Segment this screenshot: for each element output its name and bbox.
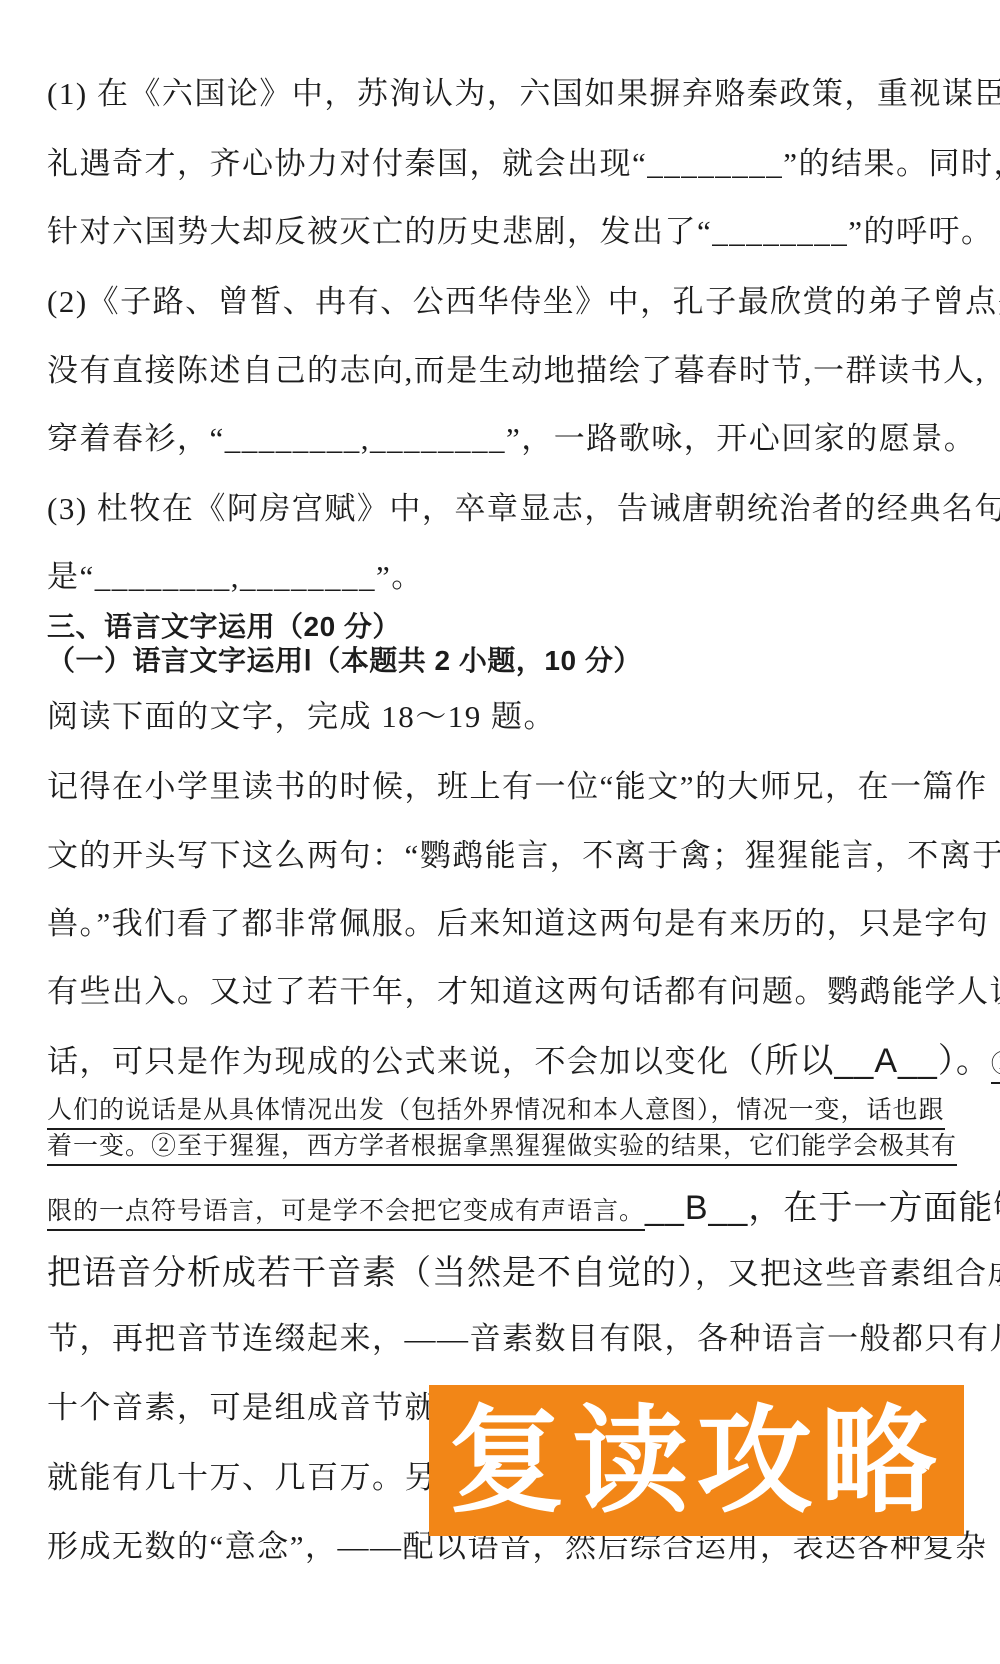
passage-line-8-tail: ，在于一方面能够 <box>748 1189 1000 1227</box>
passage-line-3: 兽。”我们看了都非常佩服。后来知道这两句是有来历的，只是字句 <box>47 898 959 943</box>
passage-line-9: 把语音分析成若干音素（当然是不自觉的），又把这些音素组合成音 <box>47 1245 959 1294</box>
question-2-line-1: (2)《子路、曾皙、冉有、公西华侍坐》中，孔子最欣赏的弟子曾点并 <box>47 276 959 321</box>
question-3-line-2: 是“________,________”。 <box>47 551 959 596</box>
promo-banner: 复读攻略 <box>429 1385 964 1536</box>
passage-instruction: 阅读下面的文字，完成 18～19 题。 <box>47 691 959 736</box>
question-3-line-1: (3) 杜牧在《阿房宫赋》中，卒章显志，告诫唐朝统治者的经典名句 <box>47 483 959 528</box>
blank-B: __B__ <box>645 1189 748 1227</box>
passage-line-6: 人们的说话是从具体情况出发（包括外界情况和本人意图），情况一变，话也跟 <box>47 1090 959 1126</box>
question-1-line-1: (1) 在《六国论》中，苏洵认为，六国如果摒弃赂秦政策，重视谋臣， <box>47 68 959 113</box>
passage-line-7: 着一变。②至于猩猩，西方学者根据拿黑猩猩做实验的结果，它们能学会极其有 <box>47 1126 959 1162</box>
passage-line-4: 有些出入。又过了若干年，才知道这两句话都有问题。鹦鹉能学人说 <box>47 966 959 1011</box>
question-2-line-3: 穿着春衫，“________,________”，一路歌咏，开心回家的愿景。 <box>47 413 959 458</box>
question-2-line-2: 没有直接陈述自己的志向,而是生动地描绘了暮春时节,一群读书人, <box>47 345 959 390</box>
passage-line-5-underlined: ①只有 <box>991 1051 1000 1084</box>
question-1-line-2: 礼遇奇才，齐心协力对付秦国，就会出现“________”的结果。同时， <box>47 138 959 183</box>
question-1-line-3: 针对六国势大却反被灭亡的历史悲剧，发出了“________”的呼吁。 <box>47 206 959 251</box>
passage-line-7-underlined: 着一变。②至于猩猩，西方学者根据拿黑猩猩做实验的结果，它们能学会极其有 <box>47 1133 957 1166</box>
promo-banner-label: 复读攻略 <box>449 1403 945 1519</box>
passage-line-9-body: ，又把这些音素组合成音 <box>695 1256 1000 1291</box>
exam-page: (1) 在《六国论》中，苏洵认为，六国如果摒弃赂秦政策，重视谋臣， 礼遇奇才，齐… <box>0 0 1000 1664</box>
passage-line-8: 限的一点符号语言，可是学不会把它变成有声语言。__B__，在于一方面能够 <box>47 1180 959 1229</box>
passage-line-9-emphasis: 把语音分析成若干音素（当然是不自觉的） <box>47 1254 695 1292</box>
passage-line-1: 记得在小学里读书的时候，班上有一位“能文”的大师兄，在一篇作 <box>47 761 959 806</box>
blank-A: （所以__A__）。 <box>730 1042 991 1080</box>
passage-line-2: 文的开头写下这么两句：“鹦鹉能言，不离于禽；猩猩能言，不离于 <box>47 830 959 875</box>
passage-line-5-body: 话，可只是作为现成的公式来说，不会加以变化 <box>47 1044 730 1079</box>
passage-line-10: 节，再把音节连缀起来，——音素数目有限，各种语言一般都只有几 <box>47 1313 959 1358</box>
passage-line-5: 话，可只是作为现成的公式来说，不会加以变化（所以__A__）。①只有 <box>47 1033 959 1082</box>
passage-line-8-underlined: 限的一点符号语言，可是学不会把它变成有声语言。 <box>47 1198 645 1231</box>
section-subheading: （一）语言文字运用Ⅰ（本题共 2 小题，10 分） <box>47 639 959 679</box>
